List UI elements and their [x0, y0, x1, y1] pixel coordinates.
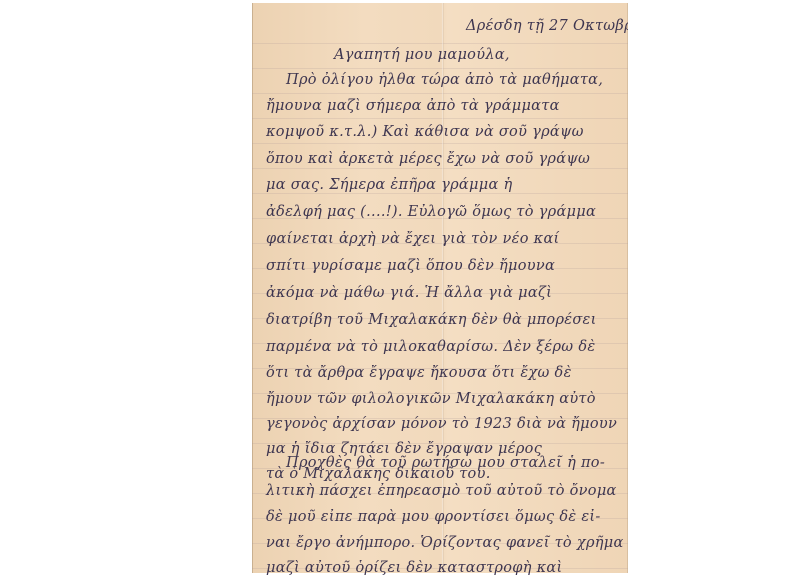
salutation: Αγαπητή μου μαμούλα, [252, 47, 628, 73]
letter-line: μα σας. Σήμερα ἐπῆρα γράμμα ἡ [252, 177, 628, 203]
letter-line: σπίτι γυρίσαμε μαζὶ ὅπου δὲν ἤμουνα [252, 258, 628, 284]
letter-line: παρμένα νὰ τὸ μιλοκαθαρίσω. Δὲν ξέρω δὲ [252, 339, 628, 365]
line-text: κομψοῦ κ.τ.λ.) Καὶ κάθισα νὰ σοῦ γράψω [266, 124, 584, 140]
line-text: παρμένα νὰ τὸ μιλοκαθαρίσω. Δὲν ξέρω δὲ [266, 339, 595, 355]
line-text: ὅπου καὶ ἀρκετὰ μέρες ἔχω νὰ σοῦ γράψω [266, 151, 590, 167]
line-text: ἀδελφή μας (....!). Εὐλογῶ ὅμως τὸ γράμμ… [266, 204, 596, 220]
letter-line: διατρίβη τοῦ Μιχαλακάκη δὲν θὰ μπορέσει [252, 312, 628, 338]
letter-line: ἤμουνα μαζὶ σήμερα ἀπὸ τὰ γράμματα [252, 98, 628, 124]
letter-line: ἤμουν τῶν φιλολογικῶν Μιχαλακάκη αὐτὸ [252, 391, 628, 417]
line-text: Πρὸ ὀλίγου ἦλθα τώρα ἀπὸ τὰ μαθήματα, [286, 72, 603, 88]
line-text: μα σας. Σήμερα ἐπῆρα γράμμα ἡ [266, 177, 512, 193]
line-text: διατρίβη τοῦ Μιχαλακάκη δὲν θὰ μπορέσει [266, 312, 597, 328]
line-text: φαίνεται ἀρχὴ νὰ ἔχει γιὰ τὸν νέο καί [266, 231, 560, 247]
letter-line: Προχθὲς θὰ τοῦ ρωτήσω μου σταλεῖ ἡ πο- [252, 455, 628, 481]
letter-page: Δρέσδη τῇ 27 Οκτωβρίου Αγαπητή μου μαμού… [252, 3, 628, 573]
line-text: λιτικὴ πάσχει ἐπηρεασμὸ τοῦ αὐτοῦ τὸ ὄνο… [266, 483, 617, 499]
letter-line: Πρὸ ὀλίγου ἦλθα τώρα ἀπὸ τὰ μαθήματα, [252, 72, 628, 98]
letter-line: μαζὶ αὐτοῦ ὁρίζει δὲν καταστροφὴ καὶ [252, 560, 628, 581]
line-text: ναι ἔργο ἀνήμπορο. Ὁρίζοντας φανεῖ τὸ χρ… [266, 535, 624, 551]
line-text: ἤμουν τῶν φιλολογικῶν Μιχαλακάκη αὐτὸ [266, 391, 596, 407]
letter-line: ναι ἔργο ἀνήμπορο. Ὁρίζοντας φανεῖ τὸ χρ… [252, 535, 628, 561]
line-text: Προχθὲς θὰ τοῦ ρωτήσω μου σταλεῖ ἡ πο- [286, 455, 605, 471]
letter-line: γεγονὸς ἀρχίσαν μόνον τὸ 1923 διὰ νὰ ἤμο… [252, 416, 628, 442]
dateline: Δρέσδη τῇ 27 Οκτωβρίου [252, 18, 628, 44]
letter-line: φαίνεται ἀρχὴ νὰ ἔχει γιὰ τὸν νέο καί [252, 231, 628, 257]
line-text: μαζὶ αὐτοῦ ὁρίζει δὲν καταστροφὴ καὶ [266, 560, 562, 576]
letter-line: ὅτι τὰ ἄρθρα ἔγραψε ἤκουσα ὅτι ἔχω δὲ [252, 365, 628, 391]
line-text: γεγονὸς ἀρχίσαν μόνον τὸ 1923 διὰ νὰ ἤμο… [266, 416, 617, 432]
letter-line: ἀδελφή μας (....!). Εὐλογῶ ὅμως τὸ γράμμ… [252, 204, 628, 230]
line-text: ὅτι τὰ ἄρθρα ἔγραψε ἤκουσα ὅτι ἔχω δὲ [266, 365, 572, 381]
dateline-text: Δρέσδη τῇ 27 Οκτωβρίου [466, 18, 628, 34]
letter-line: κομψοῦ κ.τ.λ.) Καὶ κάθισα νὰ σοῦ γράψω [252, 124, 628, 150]
line-text: ἤμουνα μαζὶ σήμερα ἀπὸ τὰ γράμματα [266, 98, 560, 114]
letter-line: δὲ μοῦ εἶπε παρὰ μου φροντίσει ὅμως δὲ ε… [252, 509, 628, 535]
salutation-text: Αγαπητή μου μαμούλα, [334, 47, 510, 63]
line-text: ἀκόμα νὰ μάθω γιά. Ἡ ἄλλα γιὰ μαζὶ [266, 285, 552, 301]
line-text: σπίτι γυρίσαμε μαζὶ ὅπου δὲν ἤμουνα [266, 258, 555, 274]
letter-line: ἀκόμα νὰ μάθω γιά. Ἡ ἄλλα γιὰ μαζὶ [252, 285, 628, 311]
letter-line: ὅπου καὶ ἀρκετὰ μέρες ἔχω νὰ σοῦ γράψω [252, 151, 628, 177]
letter-line: λιτικὴ πάσχει ἐπηρεασμὸ τοῦ αὐτοῦ τὸ ὄνο… [252, 483, 628, 509]
line-text: δὲ μοῦ εἶπε παρὰ μου φροντίσει ὅμως δὲ ε… [266, 509, 601, 525]
